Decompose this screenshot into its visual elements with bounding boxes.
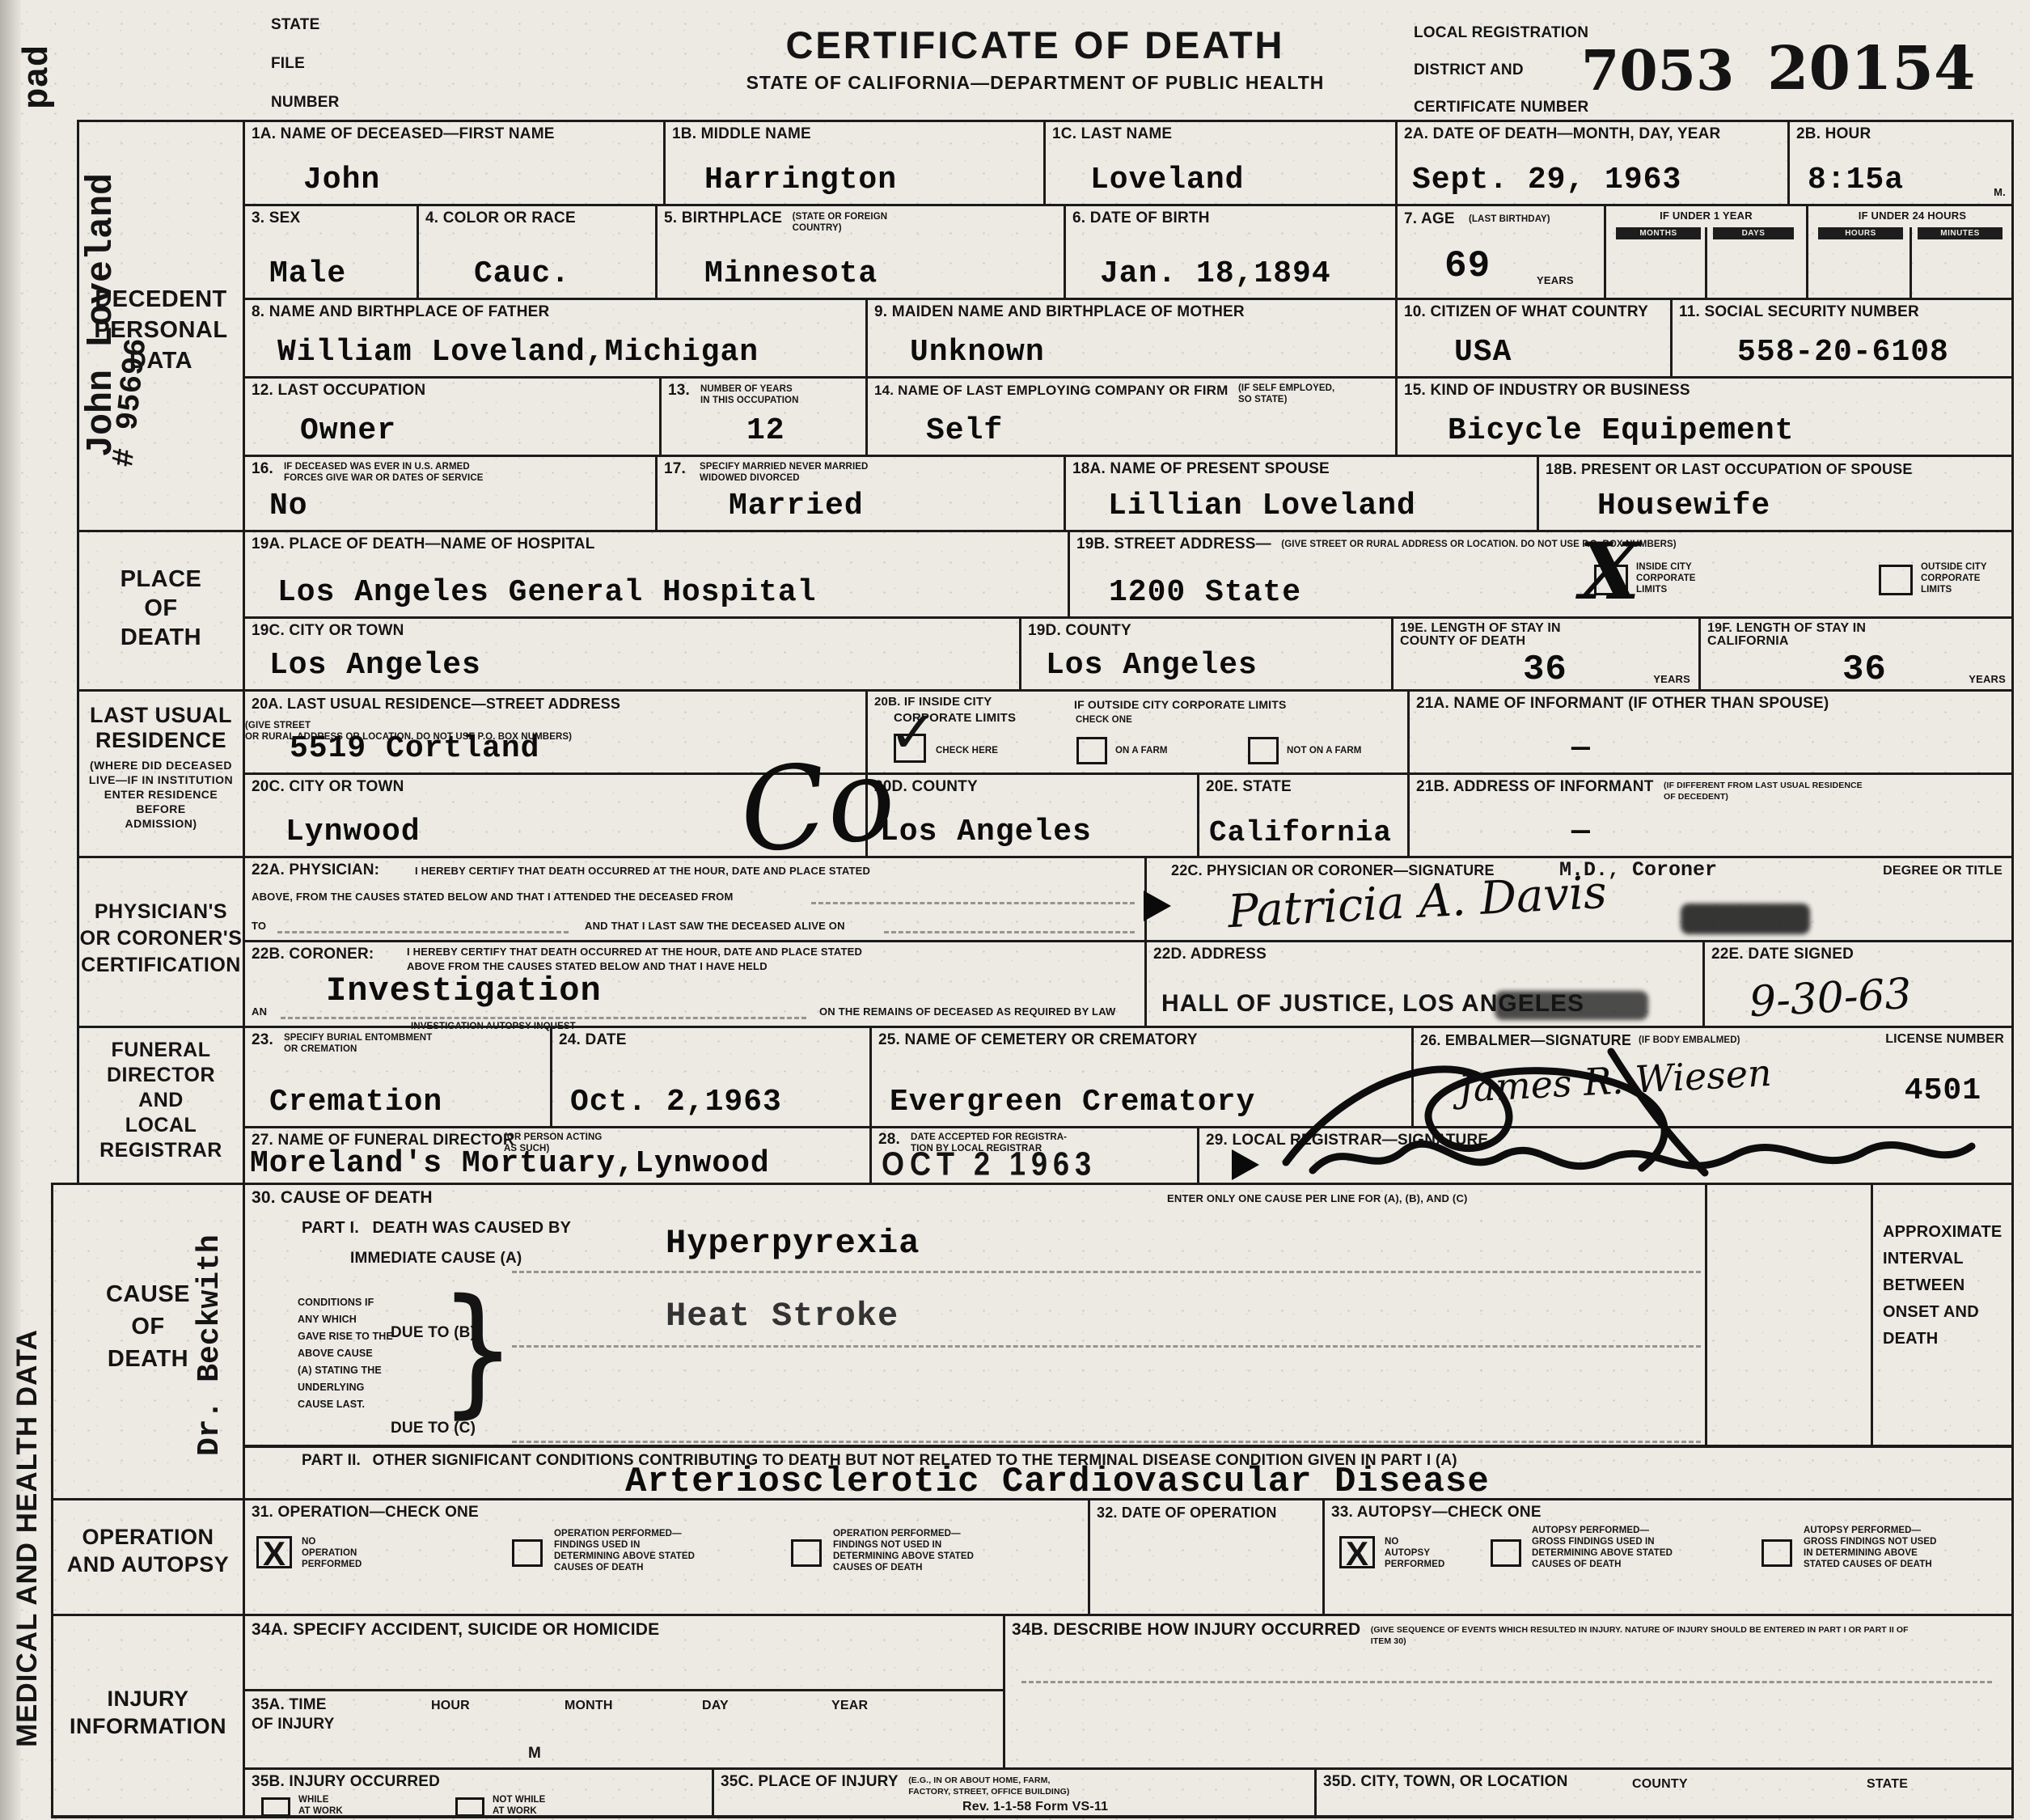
physician-cert-text3: TO [252, 920, 266, 933]
autopsy-not-used-label: AUTOPSY PERFORMED— GROSS FINDINGS NOT US… [1804, 1525, 1937, 1570]
marital-number: 17. [664, 460, 686, 478]
first-name-label: 1A. NAME OF DECEASED—FIRST NAME [245, 122, 663, 146]
months-label: MONTHS [1616, 227, 1701, 239]
signature-pointer-icon [1144, 891, 1171, 921]
field-burial-date: 24. DATE Oct. 2,1963 [550, 1026, 869, 1126]
stay-california-label: 19F. LENGTH OF STAY IN CALIFORNIA [1701, 619, 2014, 651]
under-1-year-box: IF UNDER 1 YEAR MONTHS DAYS [1604, 206, 1806, 298]
address-smudge [1495, 991, 1648, 1020]
sex-label: 3. SEX [245, 206, 417, 231]
burial-date-value: Oct. 2,1963 [570, 1085, 782, 1120]
field-death-county: 19D. COUNTY Los Angeles [1019, 616, 1391, 689]
years-occupation-value: 12 [746, 413, 785, 448]
field-last-name: 1C. LAST NAME Loveland [1043, 120, 1395, 204]
file-label: FILE [271, 55, 340, 73]
last-name-value: Loveland [1090, 163, 1244, 197]
registrar-pointer-icon [1232, 1149, 1259, 1180]
local-registration-line2: DISTRICT AND [1414, 61, 1588, 79]
field-stay-county: 19E. LENGTH OF STAY IN COUNTY OF DEATH 3… [1391, 616, 1698, 689]
death-city-value: Los Angeles [269, 648, 481, 683]
on-farm-checkbox [1076, 737, 1107, 764]
under-1-year-label: IF UNDER 1 YEAR [1606, 206, 1806, 222]
days-label: DAYS [1713, 227, 1794, 239]
age-label: 7. AGE [1404, 210, 1455, 228]
field-date-of-birth: 6. DATE OF BIRTH Jan. 18,1894 [1064, 204, 1395, 298]
injury-month-label: MONTH [565, 1699, 613, 1712]
no-operation-x: X [263, 1534, 285, 1573]
describe-injury-label: 34B. DESCRIBE HOW INJURY OCCURRED [1005, 1616, 1367, 1644]
age-unit-label: YEARS [1537, 274, 1574, 287]
field-father: 8. NAME AND BIRTHPLACE OF FATHER William… [243, 298, 865, 376]
district-number: 7053 [1581, 39, 1734, 104]
informant-label: 21A. NAME OF INFORMANT (IF OTHER THAN SP… [1410, 692, 2014, 716]
residence-address-value: 5519 Cortland [290, 731, 539, 766]
license-number-value: 4501 [1905, 1073, 1981, 1108]
field-describe-injury: 34B. DESCRIBE HOW INJURY OCCURRED (GIVE … [1003, 1614, 2014, 1767]
residence-sublabel: (WHERE DID DECEASED LIVE—IF IN INSTITUTI… [79, 758, 243, 831]
field-first-name: 1A. NAME OF DECEASED—FIRST NAME John [243, 120, 663, 204]
burial-number: 23. [252, 1031, 273, 1049]
local-registration-label: LOCAL REGISTRATION DISTRICT AND CERTIFIC… [1414, 24, 1588, 116]
place-of-injury-sublabel: (E.G., IN OR ABOUT HOME, FARM, FACTORY, … [908, 1770, 1069, 1797]
outside-city-checkbox [1879, 565, 1913, 595]
medical-health-data-label: MEDICAL AND HEALTH DATA [11, 1329, 44, 1747]
time-of-injury-label1: 35A. TIME [252, 1696, 327, 1714]
field-spouse-name: 18A. NAME OF PRESENT SPOUSE Lillian Love… [1064, 455, 1537, 530]
death-city-label: 19C. CITY OR TOWN [245, 619, 1019, 643]
cause-b-value: Heat Stroke [666, 1297, 899, 1335]
field-years-occupation: 13. NUMBER OF YEARS IN THIS OCCUPATION 1… [659, 376, 865, 455]
section-place-of-death: PLACE OF DEATH [77, 530, 243, 689]
no-autopsy-label: NO AUTOPSY PERFORMED [1385, 1536, 1444, 1570]
mother-value: Unknown [910, 335, 1045, 370]
license-number-label: LICENSE NUMBER [1885, 1033, 2004, 1046]
immediate-cause-label: IMMEDIATE CAUSE (A) [350, 1250, 522, 1268]
injury-county-label: COUNTY [1632, 1778, 1688, 1791]
crematory-value: Evergreen Crematory [890, 1085, 1255, 1120]
time-of-injury-label2: OF INJURY [252, 1716, 334, 1733]
middle-name-value: Harrington [704, 163, 897, 197]
form-bottom-border [51, 1815, 2014, 1818]
stay-california-value: 36 [1842, 650, 1887, 690]
not-on-farm-label: NOT ON A FARM [1287, 745, 1361, 756]
date-of-death-label: 2A. DATE OF DEATH—MONTH, DAY, YEAR [1398, 122, 1787, 146]
death-county-label: 19D. COUNTY [1021, 619, 1391, 643]
field-autopsy: 33. AUTOPSY—CHECK ONE X NO AUTOPSY PERFO… [1322, 1498, 2014, 1614]
field-residence-city-limits: 20B. IF INSIDE CITY CORPORATE LIMITS ✓ C… [865, 689, 1407, 772]
field-middle-name: 1B. MIDDLE NAME Harrington [663, 120, 1043, 204]
not-on-farm-checkbox [1248, 737, 1279, 764]
outside-city-label: OUTSIDE CITY CORPORATE LIMITS [1921, 561, 1987, 595]
funeral-director-label: FUNERAL DIRECTOR AND LOCAL REGISTRAR [79, 1038, 243, 1163]
cause-a-rule [512, 1271, 1701, 1273]
date-signed-value: 9-30-63 [1749, 970, 1913, 1026]
hospital-label: 19A. PLACE OF DEATH—NAME OF HOSPITAL [245, 532, 1068, 557]
father-value: William Loveland,Michigan [277, 335, 759, 370]
margin-note-pad: pad [18, 45, 58, 109]
death-address-label: 19B. STREET ADDRESS— [1070, 532, 1278, 557]
cause-vline2 [1871, 1185, 1873, 1446]
injury-location-label: 35D. CITY, TOWN, OR LOCATION [1317, 1770, 1575, 1794]
conditions-brace: } [439, 1270, 516, 1432]
field-birthplace: 5. BIRTHPLACE (STATE OR FOREIGN COUNTRY)… [655, 204, 1064, 298]
local-registration-line1: LOCAL REGISTRATION [1414, 24, 1588, 42]
stay-county-label: 19E. LENGTH OF STAY IN COUNTY OF DEATH [1394, 619, 1698, 651]
minutes-label: MINUTES [1918, 227, 2003, 239]
title-block: CERTIFICATE OF DEATH STATE OF CALIFORNIA… [671, 23, 1399, 94]
employer-label: 14. NAME OF LAST EMPLOYING COMPANY OR FI… [868, 379, 1235, 403]
field-residence-county: 20D. COUNTY Los Angeles [865, 772, 1197, 856]
injury-information-label: INJURY INFORMATION [53, 1685, 243, 1740]
operation-label: 31. OPERATION—CHECK ONE [245, 1500, 1088, 1525]
field-registration-date: 28. DATE ACCEPTED FOR REGISTRA- TION BY … [869, 1126, 1197, 1183]
burial-value: Cremation [269, 1085, 442, 1120]
approximate-interval-label: APPROXIMATE INTERVAL BETWEEN ONSET AND D… [1883, 1219, 2002, 1352]
place-of-death-label: PLACE OF DEATH [79, 565, 243, 652]
years-occupation-number: 13. [668, 382, 690, 400]
autopsy-used-checkbox [1491, 1539, 1521, 1567]
accident-type-label: 34A. SPECIFY ACCIDENT, SUICIDE OR HOMICI… [245, 1616, 1003, 1644]
not-while-at-work-label: NOT WHILE AT WORK [493, 1794, 545, 1817]
autopsy-used-label: AUTOPSY PERFORMED— GROSS FINDINGS USED I… [1532, 1525, 1673, 1570]
field-operation-date: 32. DATE OF OPERATION [1088, 1498, 1322, 1614]
hospital-value: Los Angeles General Hospital [277, 575, 817, 610]
field-armed-forces: 16. IF DECEASED WAS EVER IN U.S. ARMED F… [243, 455, 655, 530]
age-sublabel: (LAST BIRTHDAY) [1469, 214, 1550, 225]
operation-autopsy-label: OPERATION AND AUTOPSY [53, 1523, 243, 1578]
section-injury-information: INJURY INFORMATION [51, 1614, 243, 1818]
physician-cert-text2: ABOVE, FROM THE CAUSES STATED BELOW AND … [252, 891, 734, 904]
field-occupation: 12. LAST OCCUPATION Owner [243, 376, 659, 455]
section-last-usual-residence: LAST USUAL RESIDENCE (WHERE DID DECEASED… [77, 689, 243, 856]
residence-county-label: 20D. COUNTY [868, 775, 1197, 799]
years-occupation-label: NUMBER OF YEARS IN THIS OCCUPATION [700, 383, 798, 406]
field-citizenship: 10. CITIZEN OF WHAT COUNTRY USA [1395, 298, 1670, 376]
field-informant: 21A. NAME OF INFORMANT (IF OTHER THAN SP… [1407, 689, 2014, 772]
field-hospital: 19A. PLACE OF DEATH—NAME OF HOSPITAL Los… [243, 530, 1068, 616]
while-at-work-label: WHILE AT WORK [298, 1794, 343, 1817]
citizenship-label: 10. CITIZEN OF WHAT COUNTRY [1398, 300, 1670, 324]
form-right-border [2011, 120, 2014, 1818]
field-death-street-address: 19B. STREET ADDRESS— (GIVE STREET OR RUR… [1068, 530, 2014, 616]
field-death-city: 19C. CITY OR TOWN Los Angeles [243, 616, 1019, 689]
registrar-flourish-scribble [1262, 1029, 1731, 1179]
under-24-hours-label: IF UNDER 24 HOURS [1808, 206, 2016, 222]
physician-cert-text4: AND THAT I LAST SAW THE DECEASED ALIVE O… [585, 920, 845, 933]
spouse-occupation-label: 18B. PRESENT OR LAST OCCUPATION OF SPOUS… [1539, 457, 2014, 481]
on-farm-label: ON A FARM [1115, 745, 1168, 756]
death-certificate-scan: STATE FILE NUMBER CERTIFICATE OF DEATH S… [0, 0, 2030, 1820]
occupation-value: Owner [300, 413, 396, 448]
physician-cert-number: 22A. PHYSICIAN: [252, 861, 379, 879]
field-hour: 2B. HOUR 8:15a M. [1787, 120, 2014, 204]
cause-header-label: 30. CAUSE OF DEATH [252, 1189, 433, 1207]
field-injury-location: 35D. CITY, TOWN, OR LOCATION COUNTY STAT… [1314, 1767, 2014, 1818]
field-physician-certification: 22A. PHYSICIAN: I HEREBY CERTIFY THAT DE… [243, 856, 1144, 940]
number-label: NUMBER [271, 94, 340, 112]
check-here-label: CHECK HERE [936, 745, 998, 756]
date-of-birth-value: Jan. 18,1894 [1100, 256, 1331, 291]
section-funeral-director: FUNERAL DIRECTOR AND LOCAL REGISTRAR [77, 1026, 243, 1183]
death-county-value: Los Angeles [1046, 648, 1258, 683]
informant-address-value: — [1571, 815, 1591, 849]
informant-address-label: 21B. ADDRESS OF INFORMANT [1410, 775, 1660, 799]
conditions-label: CONDITIONS IF ANY WHICH GAVE RISE TO THE… [298, 1294, 451, 1413]
outside-limits-label1: IF OUTSIDE CITY CORPORATE LIMITS [1074, 698, 1287, 711]
degree-title-label: DEGREE OR TITLE [1883, 865, 2003, 878]
injury-state-label: STATE [1867, 1778, 1908, 1791]
physician-certification-label: PHYSICIAN'S OR CORONER'S CERTIFICATION [79, 899, 243, 979]
death-address-value: 1200 State [1109, 575, 1301, 610]
employer-value: Self [926, 413, 1003, 448]
physician-blank2 [277, 931, 569, 933]
marital-value: Married [729, 489, 864, 523]
field-sex: 3. SEX Male [243, 204, 417, 298]
section-operation-autopsy: OPERATION AND AUTOPSY [51, 1498, 243, 1614]
injury-day-label: DAY [702, 1699, 729, 1712]
date-of-birth-label: 6. DATE OF BIRTH [1066, 206, 1395, 231]
field-stay-california: 19F. LENGTH OF STAY IN CALIFORNIA 36 YEA… [1698, 616, 2014, 689]
coroner-cert-number: 22B. CORONER: [252, 946, 374, 963]
field-coroner-signature: 22C. PHYSICIAN OR CORONER—SIGNATURE M.D.… [1144, 856, 2014, 940]
hour-label: 2B. HOUR [1790, 122, 2014, 146]
form-revision-label: Rev. 1-1-58 Form VS-11 [962, 1801, 1108, 1814]
field-marital-status: 17. SPECIFY MARRIED NEVER MARRIED WIDOWE… [655, 455, 1064, 530]
burial-date-label: 24. DATE [552, 1028, 869, 1052]
cause-note-label: ENTER ONLY ONE CAUSE PER LINE FOR (A), (… [1167, 1192, 1468, 1205]
father-label: 8. NAME AND BIRTHPLACE OF FATHER [245, 300, 865, 324]
spouse-name-value: Lillian Loveland [1108, 489, 1416, 523]
ssn-value: 558-20-6108 [1737, 335, 1949, 370]
coroner-address-label: 22D. ADDRESS [1147, 942, 1702, 967]
stamp-smudge [1681, 904, 1810, 934]
spouse-occupation-value: Housewife [1597, 489, 1770, 523]
field-industry: 15. KIND OF INDUSTRY OR BUSINESS Bicycle… [1395, 376, 2014, 455]
mother-label: 9. MAIDEN NAME AND BIRTHPLACE OF MOTHER [868, 300, 1395, 324]
operation-date-label: 32. DATE OF OPERATION [1090, 1500, 1322, 1525]
no-operation-label: NO OPERATION PERFORMED [302, 1536, 362, 1570]
residence-county-value: Los Angeles [880, 815, 1092, 849]
ssn-label: 11. SOCIAL SECURITY NUMBER [1673, 300, 2014, 324]
injury-write-line [1021, 1681, 1992, 1683]
check-here-checkmark: ✓ [889, 698, 937, 766]
outside-limits-label2: CHECK ONE [1076, 714, 1132, 726]
operation-not-used-label: OPERATION PERFORMED— FINDINGS NOT USED I… [833, 1528, 974, 1573]
field-mother: 9. MAIDEN NAME AND BIRTHPLACE OF MOTHER … [865, 298, 1395, 376]
race-label: 4. COLOR OR RACE [419, 206, 655, 231]
field-operation: 31. OPERATION—CHECK ONE X NO OPERATION P… [243, 1498, 1088, 1614]
part1-label-row: PART I. DEATH WAS CAUSED BY [302, 1219, 571, 1237]
race-value: Cauc. [474, 256, 570, 291]
last-name-label: 1C. LAST NAME [1046, 122, 1395, 146]
field-cause-of-death: 30. CAUSE OF DEATH ENTER ONLY ONE CAUSE … [243, 1183, 2014, 1498]
certificate-subtitle: STATE OF CALIFORNIA—DEPARTMENT OF PUBLIC… [671, 72, 1399, 94]
inquest-type-value: Investigation [326, 971, 602, 1010]
due-to-b-label: DUE TO (B) [391, 1324, 476, 1342]
describe-injury-sublabel: (GIVE SEQUENCE OF EVENTS WHICH RESULTED … [1371, 1616, 1921, 1647]
injury-meridiem-label: M [528, 1745, 541, 1763]
field-funeral-director: 27. NAME OF FUNERAL DIRECTOR (OR PERSON … [243, 1126, 869, 1183]
citizenship-value: USA [1454, 335, 1512, 370]
part1-label: PART I. [302, 1219, 359, 1237]
months-days-divider [1705, 227, 1707, 298]
cause-c-rule [512, 1441, 1701, 1443]
industry-label: 15. KIND OF INDUSTRY OR BUSINESS [1398, 379, 2014, 403]
age-value: 69 [1444, 245, 1491, 287]
burial-label: SPECIFY BURIAL ENTOMBMENT OR CREMATION [284, 1032, 432, 1055]
inside-city-label: INSIDE CITY CORPORATE LIMITS [1636, 561, 1696, 595]
informant-address-sublabel: (IF DIFFERENT FROM LAST USUAL RESIDENCE … [1664, 775, 1863, 802]
residence-state-label: 20E. STATE [1199, 775, 1407, 799]
birthplace-value: Minnesota [704, 256, 878, 291]
field-coroner-address: 22D. ADDRESS HALL OF JUSTICE, LOS ANGELE… [1144, 940, 1702, 1026]
residence-city-value: Lynwood [285, 815, 421, 849]
local-registration-line3: CERTIFICATE NUMBER [1414, 99, 1588, 116]
cause-b-rule [512, 1345, 1701, 1348]
field-accident-type: 34A. SPECIFY ACCIDENT, SUICIDE OR HOMICI… [243, 1614, 1003, 1689]
part2-value: Arteriosclerotic Cardiovascular Disease [625, 1462, 1490, 1502]
no-autopsy-x: X [1346, 1534, 1368, 1573]
date-of-death-value: Sept. 29, 1963 [1412, 163, 1681, 197]
sex-value: Male [269, 256, 346, 291]
date-signed-label: 22E. DATE SIGNED [1705, 942, 2014, 967]
field-race: 4. COLOR OR RACE Cauc. [417, 204, 655, 298]
coroner-cert-text4: ON THE REMAINS OF DECEASED AS REQUIRED B… [819, 1005, 1116, 1018]
marital-label: SPECIFY MARRIED NEVER MARRIED WIDOWED DI… [700, 461, 868, 484]
residence-state-value: California [1209, 816, 1392, 849]
place-of-injury-label: 35C. PLACE OF INJURY [714, 1770, 905, 1794]
cause-vline1 [1705, 1185, 1707, 1446]
first-name-value: John [303, 163, 380, 197]
while-at-work-checkbox [261, 1797, 290, 1817]
field-spouse-occupation: 18B. PRESENT OR LAST OCCUPATION OF SPOUS… [1537, 455, 2014, 530]
operation-used-checkbox [512, 1539, 543, 1567]
hour-meridiem-label: M. [1994, 186, 2006, 199]
part1-caused-by-label: DEATH WAS CAUSED BY [372, 1219, 571, 1237]
autopsy-label: 33. AUTOPSY—CHECK ONE [1325, 1500, 2014, 1525]
field-ssn: 11. SOCIAL SECURITY NUMBER 558-20-6108 [1670, 298, 2014, 376]
stay-county-value: 36 [1523, 650, 1567, 690]
injury-occurred-label: 35B. INJURY OCCURRED [245, 1770, 712, 1794]
state-file-number-label: STATE FILE NUMBER [271, 16, 340, 112]
field-coroner-certification: 22B. CORONER: I HEREBY CERTIFY THAT DEAT… [243, 940, 1144, 1026]
certificate-number: 20154 [1767, 34, 1975, 104]
certificate-title: CERTIFICATE OF DEATH [671, 23, 1399, 67]
under-24-hours-box: IF UNDER 24 HOURS HOURS MINUTES [1806, 206, 2016, 298]
birthplace-label: 5. BIRTHPLACE [658, 206, 789, 231]
birthplace-sublabel: (STATE OR FOREIGN COUNTRY) [793, 206, 888, 234]
physician-cert-text1: I HEREBY CERTIFY THAT DEATH OCCURRED AT … [415, 865, 870, 878]
field-residence-state: 20E. STATE California [1197, 772, 1407, 856]
field-date-of-death: 2A. DATE OF DEATH—MONTH, DAY, YEAR Sept.… [1395, 120, 1787, 204]
field-age: 7. AGE (LAST BIRTHDAY) 69 YEARS IF UNDER… [1395, 204, 2014, 298]
injury-year-label: YEAR [831, 1699, 868, 1712]
cause-a-value: Hyperpyrexia [666, 1224, 920, 1263]
funeral-director-value: Moreland's Mortuary,Lynwood [250, 1146, 770, 1181]
stay-county-unit: YEARS [1653, 673, 1690, 686]
coroner-blank [281, 1017, 806, 1019]
middle-name-label: 1B. MIDDLE NAME [666, 122, 1043, 146]
armed-forces-label: IF DECEASED WAS EVER IN U.S. ARMED FORCE… [284, 461, 484, 484]
field-time-of-injury: 35A. TIME OF INJURY HOUR MONTH DAY YEAR … [243, 1689, 1003, 1767]
inside-city-x-mark: X [1580, 526, 1639, 617]
armed-forces-value: No [269, 489, 308, 523]
due-to-c-label: DUE TO (C) [391, 1420, 476, 1437]
informant-value: — [1571, 731, 1591, 766]
field-informant-address: 21B. ADDRESS OF INFORMANT (IF DIFFERENT … [1407, 772, 2014, 856]
armed-forces-number: 16. [252, 460, 273, 478]
hours-label: HOURS [1818, 227, 1903, 239]
operation-not-used-checkbox [791, 1539, 822, 1567]
part2-label: PART II. [302, 1452, 361, 1469]
coroner-cert-an: AN [252, 1005, 267, 1018]
field-employer: 14. NAME OF LAST EMPLOYING COMPANY OR FI… [865, 376, 1395, 455]
hour-value: 8:15a [1808, 163, 1904, 197]
industry-value: Bicycle Equipement [1448, 413, 1794, 448]
physician-blank1 [811, 902, 1135, 904]
employer-sublabel: (IF SELF EMPLOYED, SO STATE) [1238, 379, 1334, 405]
state-label: STATE [271, 16, 340, 34]
autopsy-not-used-checkbox [1761, 1539, 1792, 1567]
field-injury-occurred: 35B. INJURY OCCURRED WHILE AT WORK NOT W… [243, 1767, 712, 1818]
residence-label: LAST USUAL RESIDENCE [79, 703, 243, 753]
stay-california-unit: YEARS [1969, 673, 2006, 686]
section-physician-certification: PHYSICIAN'S OR CORONER'S CERTIFICATION [77, 856, 243, 1026]
margin-note-doctor: Dr. Beckwith [192, 1234, 227, 1456]
field-burial-type: 23. SPECIFY BURIAL ENTOMBMENT OR CREMATI… [243, 1026, 550, 1126]
registration-date-stamp: OCT 2 1963 [882, 1145, 1097, 1183]
occupation-label: 12. LAST OCCUPATION [245, 379, 659, 403]
residence-address-label: 20A. LAST USUAL RESIDENCE—STREET ADDRESS [245, 692, 627, 716]
injury-hour-label: HOUR [431, 1699, 470, 1712]
not-while-at-work-checkbox [455, 1797, 484, 1817]
field-date-signed: 22E. DATE SIGNED 9-30-63 [1702, 940, 2014, 1026]
hours-minutes-divider [1909, 227, 1912, 298]
part2-divider [245, 1445, 2014, 1448]
coroner-cert-text1: I HEREBY CERTIFY THAT DEATH OCCURRED AT … [407, 946, 1038, 959]
spouse-name-label: 18A. NAME OF PRESENT SPOUSE [1066, 457, 1537, 481]
physician-blank3 [884, 931, 1135, 933]
operation-used-label: OPERATION PERFORMED— FINDINGS USED IN DE… [554, 1528, 695, 1573]
